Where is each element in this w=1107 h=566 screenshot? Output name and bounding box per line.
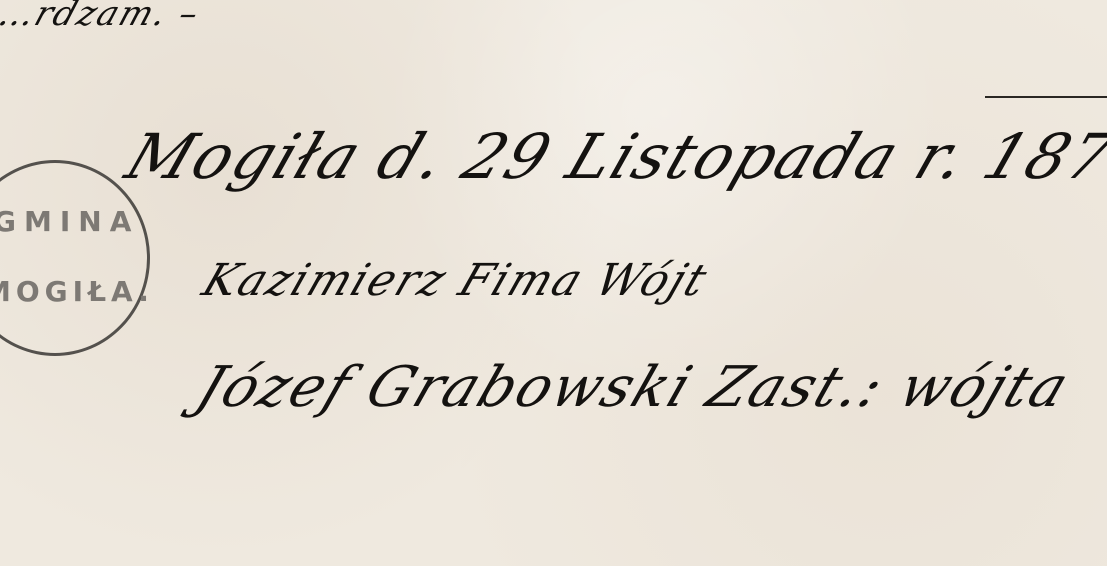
- top-fragment-text: …rdzam. –: [0, 0, 206, 34]
- stamp-line-1: GMINA: [0, 205, 139, 238]
- place-date-line: Mogiła d. 29 Listopada r. 1874: [117, 120, 1107, 193]
- signature-wojt: Kazimierz Fima Wójt: [196, 255, 716, 306]
- flourish-stroke: [985, 96, 1107, 98]
- stamp-line-2: MOGIŁA.: [0, 275, 154, 308]
- signature-deputy: Józef Grabowski Zast.: wójta: [188, 355, 1079, 420]
